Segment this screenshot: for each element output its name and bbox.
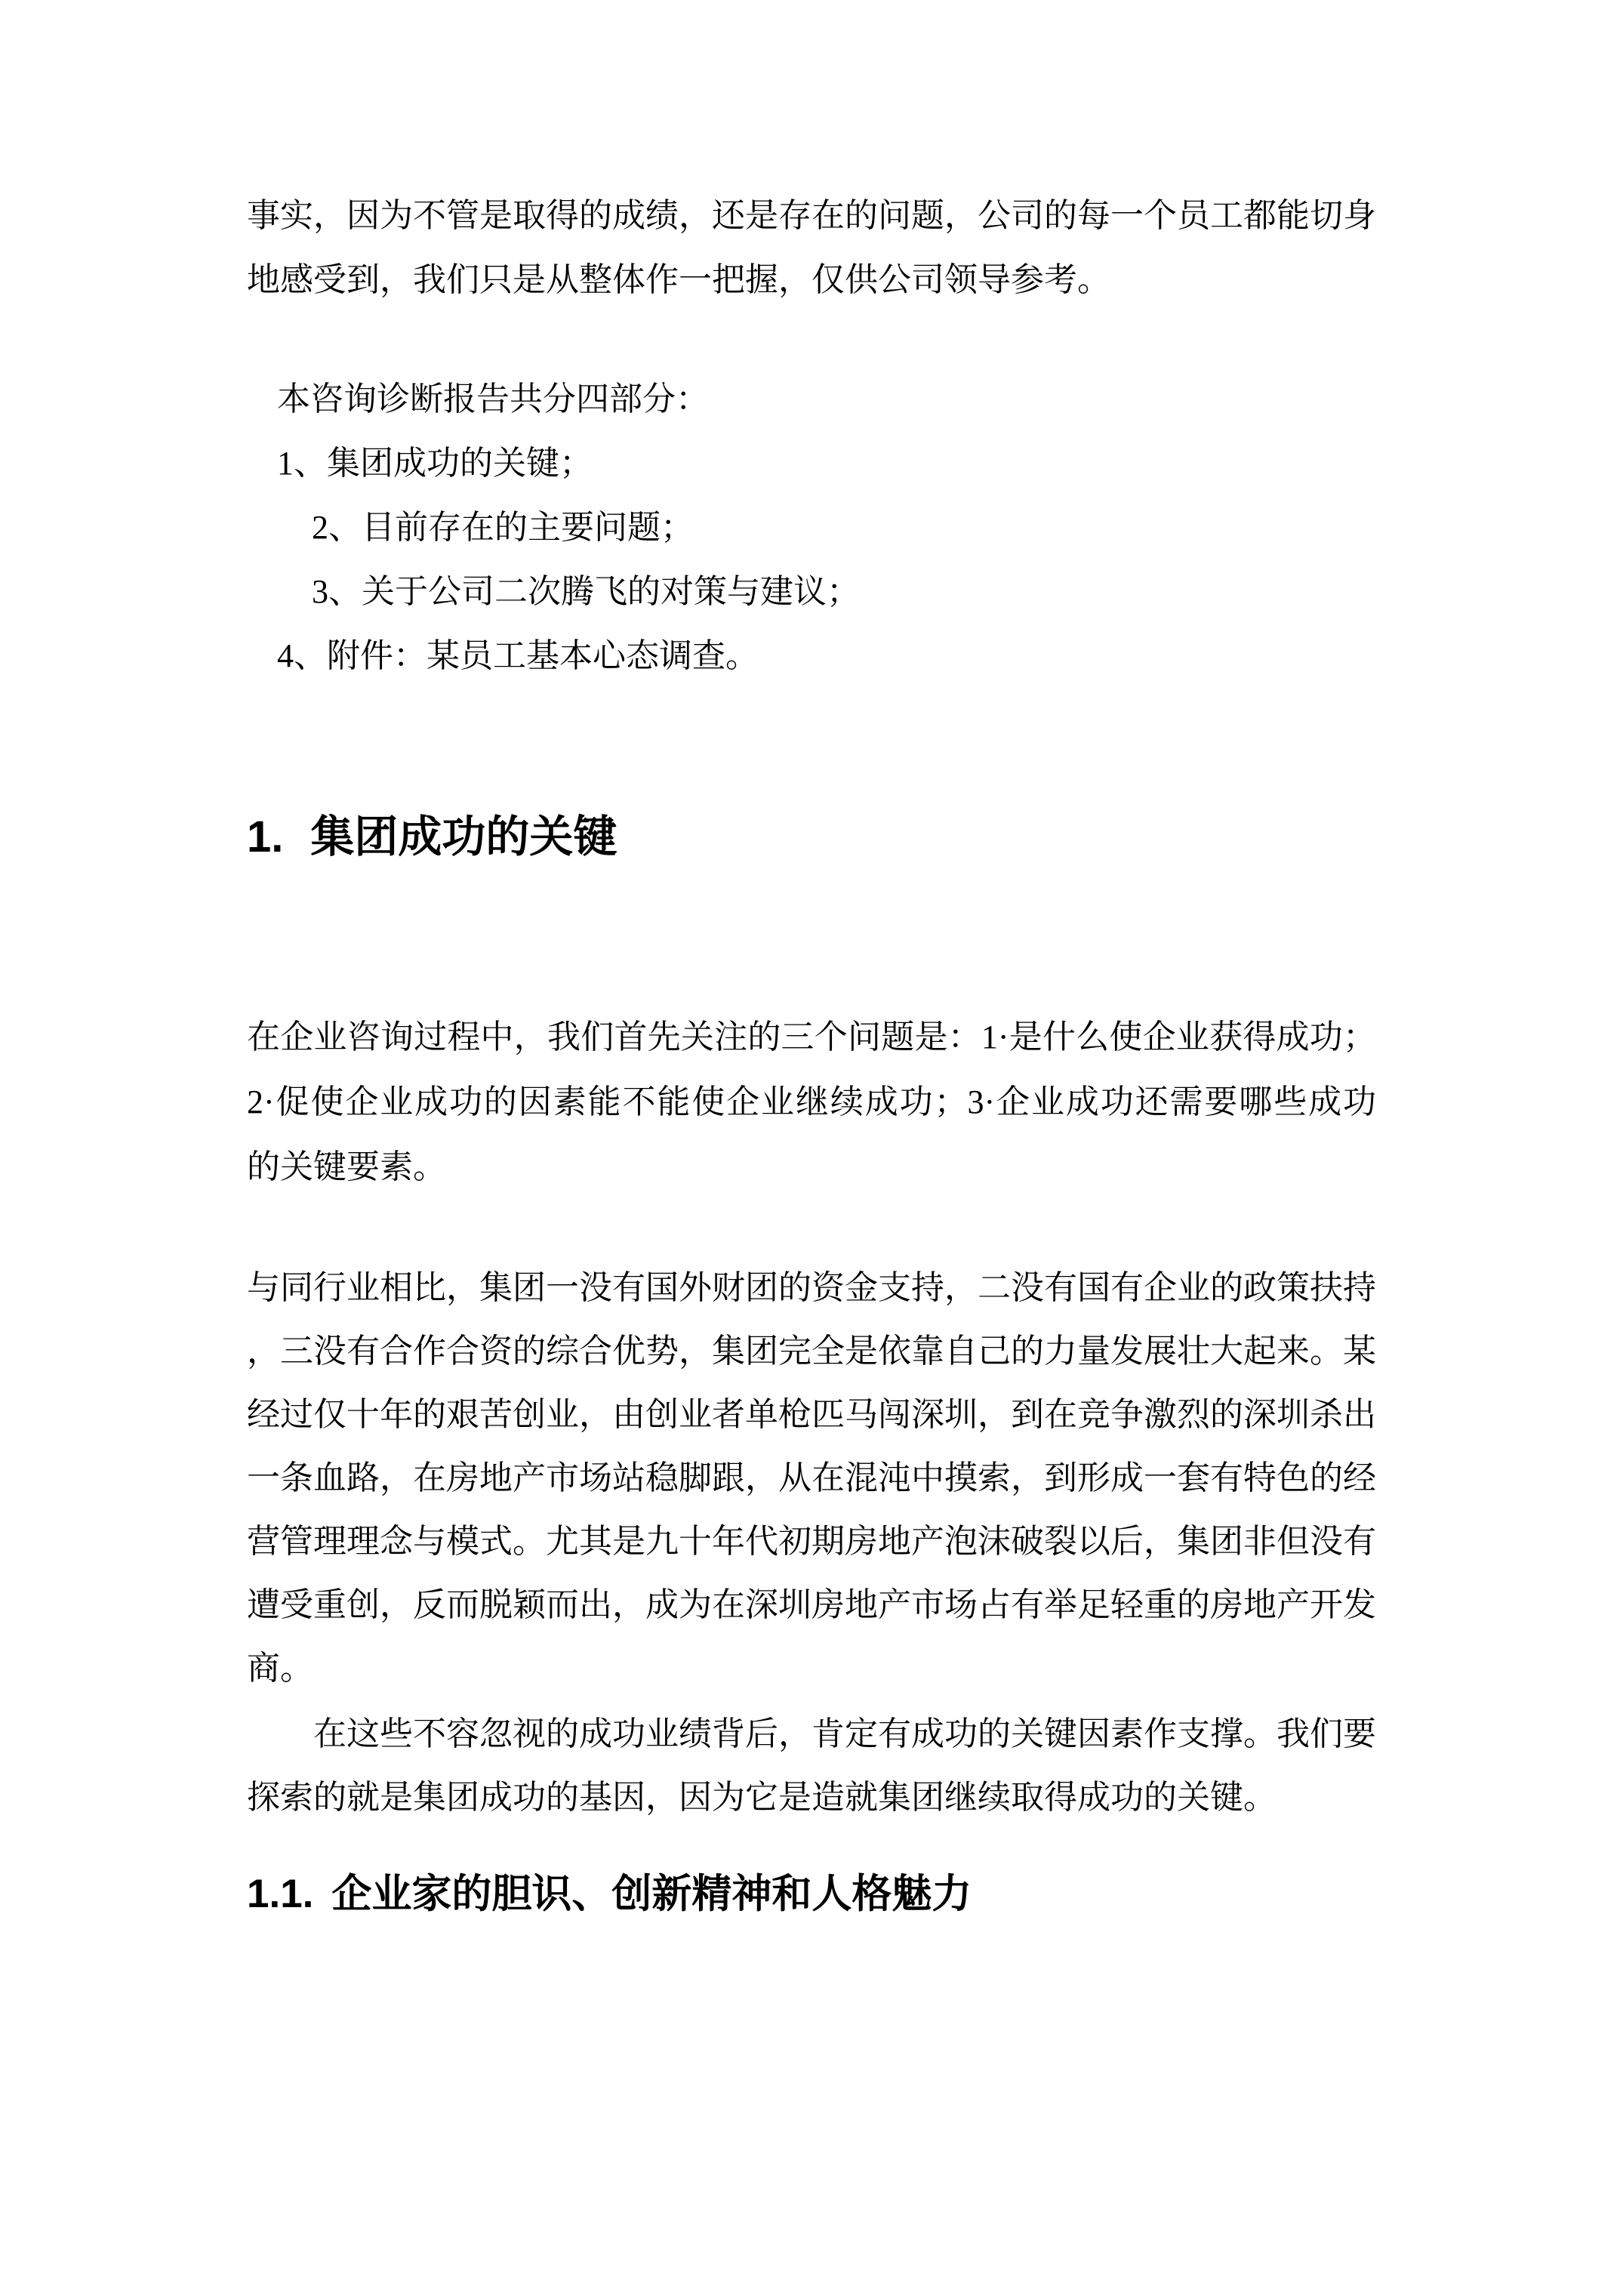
heading-text: 集团成功的关键: [310, 812, 617, 861]
toc-item: 1、集团成功的关键；: [247, 431, 1376, 495]
section-1-paragraph-2: 与同行业相比，集团一没有国外财团的资金支持，二没有国有企业的政策扶持 ，三没有合…: [247, 1256, 1376, 1700]
text-line: 事实，因为不管是取得的成绩，还是存在的问题，公司的每一个员工都能切身: [247, 183, 1376, 248]
text-line: 一条血路，在房地产市场站稳脚跟，从在混沌中摸索，到形成一套有特色的经: [247, 1447, 1376, 1510]
text-line: 探索的就是集团成功的基因，因为它是造就集团继续取得成功的关键。: [247, 1766, 1376, 1829]
text-line: 在这些不容忽视的成功业绩背后，肯定有成功的关键因素作支撑。我们要: [247, 1703, 1376, 1766]
section-1-heading: 1.集团成功的关键: [247, 812, 1376, 862]
section-1-paragraph-1: 在企业咨询过程中，我们首先关注的三个问题是：1·是什么使企业获得成功； 2·促使…: [247, 1005, 1376, 1200]
toc-item: 3、关于公司二次腾飞的对策与建议；: [247, 559, 1376, 624]
toc-item: 4、附件：某员工基本心态调查。: [247, 624, 1376, 688]
text-line: 与同行业相比，集团一没有国外财团的资金支持，二没有国有企业的政策扶持: [247, 1256, 1376, 1320]
text-line: 2·促使企业成功的因素能不能使企业继续成功；3·企业成功还需要哪些成功: [247, 1070, 1376, 1135]
text-line: 商。: [247, 1637, 1376, 1700]
intro-paragraph: 事实，因为不管是取得的成绩，还是存在的问题，公司的每一个员工都能切身 地感受到，…: [247, 183, 1376, 312]
heading-text: 企业家的胆识、创新精神和人格魅力: [331, 1872, 972, 1916]
outline-title: 本咨询诊断报告共分四部分：: [247, 367, 1376, 431]
text-line: 的关键要素。: [247, 1135, 1376, 1200]
text-line: 遭受重创，反而脱颖而出，成为在深圳房地产市场占有举足轻重的房地产开发: [247, 1573, 1376, 1637]
text-line: ，三没有合作合资的综合优势，集团完全是依靠自己的力量发展壮大起来。某: [247, 1320, 1376, 1383]
heading-number: 1.: [247, 812, 283, 861]
section-1-paragraph-3: 在这些不容忽视的成功业绩背后，肯定有成功的关键因素作支撑。我们要 探索的就是集团…: [247, 1703, 1376, 1829]
toc-item: 2、目前存在的主要问题；: [247, 495, 1376, 559]
report-outline: 本咨询诊断报告共分四部分： 1、集团成功的关键； 2、目前存在的主要问题； 3、…: [247, 367, 1376, 688]
section-1-1-heading: 1.1.企业家的胆识、创新精神和人格魅力: [247, 1871, 1376, 1918]
heading-number: 1.1.: [247, 1872, 313, 1916]
text-line: 地感受到，我们只是从整体作一把握，仅供公司领导参考。: [247, 248, 1376, 312]
document-page: 事实，因为不管是取得的成绩，还是存在的问题，公司的每一个员工都能切身 地感受到，…: [0, 0, 1623, 2296]
text-line: 经过仅十年的艰苦创业，由创业者单枪匹马闯深圳，到在竞争激烈的深圳杀出: [247, 1383, 1376, 1447]
text-line: 在企业咨询过程中，我们首先关注的三个问题是：1·是什么使企业获得成功；: [247, 1005, 1376, 1070]
text-line: 营管理理念与模式。尤其是九十年代初期房地产泡沫破裂以后，集团非但没有: [247, 1510, 1376, 1573]
